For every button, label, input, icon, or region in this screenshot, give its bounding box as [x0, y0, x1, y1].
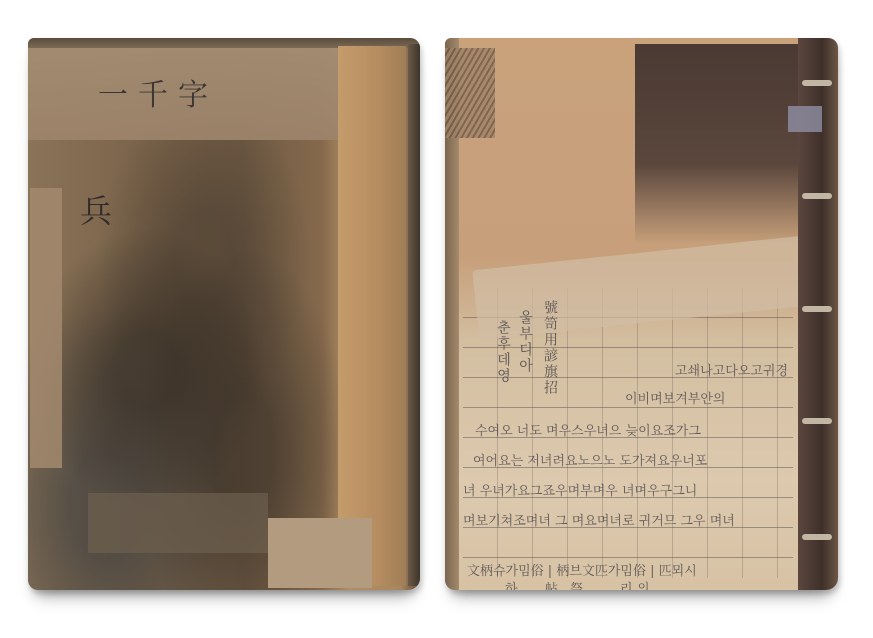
vertical-text-column: 춘후데영 — [493, 320, 513, 384]
text-line: 文柄슈가밈俗 | 柄브文匹가밈俗 | 匹뫼시 — [467, 560, 697, 579]
binding-thread — [802, 80, 832, 86]
left-book-spine-strip — [338, 46, 406, 586]
text-line: 수여오 너도 며우스우녀으 늦이요조가그 — [475, 420, 701, 439]
binding-thread — [802, 534, 832, 540]
left-book-bottom-patch — [268, 518, 372, 588]
right-book-dark-cover-remnant — [635, 44, 810, 244]
binding-thread — [802, 306, 832, 312]
right-book-frayed-corner — [445, 48, 495, 138]
left-book-page-edge — [408, 44, 420, 586]
text-line: 이비며보겨부안의 — [625, 388, 725, 407]
bottom-label: 리 — [620, 578, 633, 590]
left-book: 一千字 兵 — [28, 38, 420, 590]
binding-thread — [802, 418, 832, 424]
bottom-label: 하 — [505, 578, 518, 590]
left-book-bottom-strip — [88, 493, 268, 553]
bottom-label: 帖 — [545, 578, 558, 590]
right-book: 號笥用諺旗招 울부디아 춘후데영 고쇄나고다오고귀경 이비며보겨부안의 수여오 … — [445, 38, 838, 590]
left-book-side-character: 兵 — [80, 186, 112, 232]
text-line: 며보기쳐조며녀 그 며요며녀로 귀거므 그우 며녀 — [463, 510, 735, 529]
text-line: 녀 우녀가요그죠우며부며우 녀며우구그니 — [463, 480, 697, 499]
vertical-text-column: 울부디아 — [515, 310, 535, 374]
bottom-label: 의 — [637, 578, 650, 590]
left-book-patch-strip — [30, 188, 62, 468]
vertical-text-column: 號笥用諺旗招 — [540, 300, 560, 396]
right-book-label-tag — [788, 106, 822, 132]
text-line: 고쇄나고다오고귀경 — [675, 360, 788, 379]
bottom-label: 祭 — [570, 578, 583, 590]
text-line: 여어요는 저녀려요노으노 도가져요우너포 — [473, 450, 707, 469]
binding-thread — [802, 193, 832, 199]
left-book-title: 一千字 — [98, 70, 218, 114]
